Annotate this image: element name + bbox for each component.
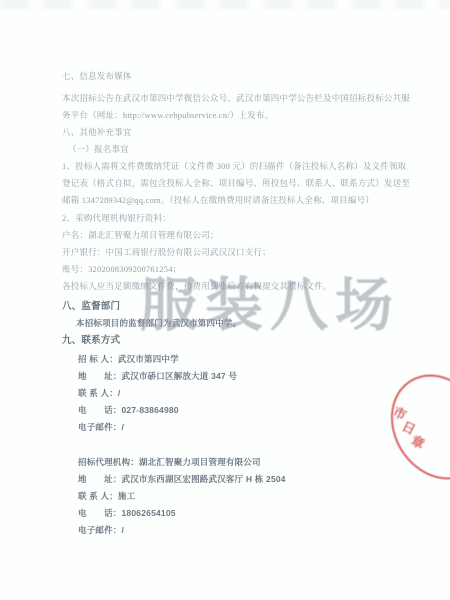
doc-line: 邮箱 1347289342@qq.com。（投标人在缴纳费用时请备注投标人全称、…	[62, 192, 394, 209]
doc-line: 本次招标公告在武汉市第四中学微信公众号、武汉市第四中学公告栏及中国招标投标公共服	[62, 90, 394, 107]
doc-line: 八、其他补充事宜	[62, 124, 394, 141]
doc-line: 户名：湖北汇智聚力项目管理有限公司；	[62, 227, 394, 244]
doc-line: 地 址：武汉市东西湖区宏图路武汉客厅 H 栋 2504	[78, 471, 394, 488]
doc-line: 联 系 人：/	[78, 385, 394, 402]
document-body: 七、信息发布媒体本次招标公告在武汉市第四中学微信公众号、武汉市第四中学公告栏及中…	[62, 68, 394, 539]
doc-line: 电 话：18062654105	[78, 505, 394, 522]
doc-line: 各投标人应当足额缴纳文件费，待费用到账后方有权提交其投标文件。	[62, 278, 394, 295]
doc-line: 联 系 人：施工	[78, 488, 394, 505]
doc-line: 电 话：027-83864980	[78, 402, 394, 419]
doc-line: 本招标项目的监督部门为武汉市第四中学。	[76, 315, 394, 332]
doc-line: 务平台（网址：http://www.cebpubservice.cn/）上发布。	[62, 107, 394, 124]
doc-line: 七、信息发布媒体	[62, 68, 394, 85]
doc-line: 地 址：武汉市硚口区解放大道 347 号	[78, 368, 394, 385]
doc-line: 九、联系方式	[62, 332, 394, 349]
doc-line: （一）报名事宜	[68, 141, 394, 158]
doc-line: 2、采购代理机构银行资料：	[62, 210, 394, 227]
doc-line: 开户银行：中国工商银行股份有限公司武汉汉口支行；	[62, 244, 394, 261]
doc-line: 账号：3202008309200761254；	[62, 261, 394, 278]
red-seal-glyphs: 市日章	[390, 405, 426, 453]
doc-line: 招标代理机构：湖北汇智聚力项目管理有限公司	[78, 454, 394, 471]
scanned-document-page: 七、信息发布媒体本次招标公告在武汉市第四中学微信公众号、武汉市第四中学公告栏及中…	[0, 0, 450, 600]
doc-line: 招 标 人：武汉市第四中学	[78, 351, 394, 368]
doc-line: 电子邮件：/	[78, 522, 394, 539]
doc-line: 1、投标人需将文件费缴纳凭证（文件费 300 元）的扫描件（备注投标人名称）及文…	[62, 158, 394, 175]
doc-line: 登记表（格式自拟，需包含投标人全称、项目编号、所投包号、联系人、联系方式）发送至	[62, 175, 394, 192]
doc-line: 电子邮件：/	[78, 419, 394, 436]
doc-line: 八、监督部门	[62, 298, 394, 315]
scan-artifact-band	[0, 0, 450, 9]
